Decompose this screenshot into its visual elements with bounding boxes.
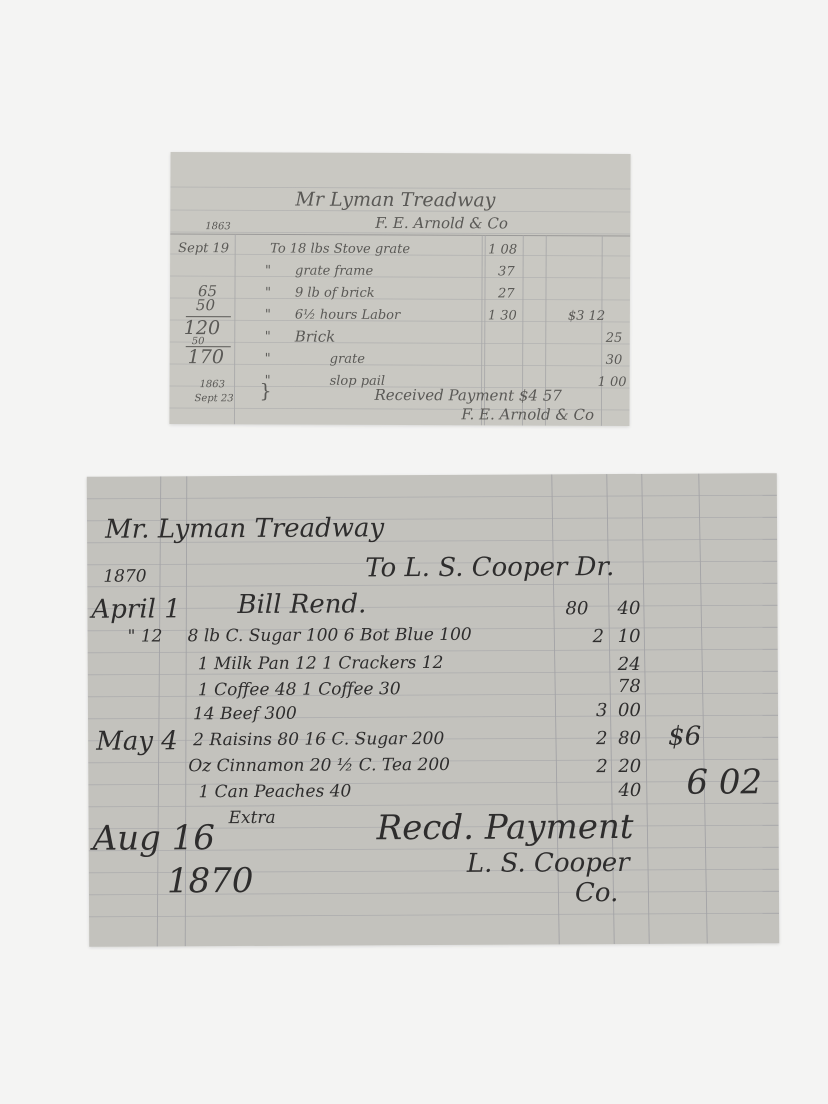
entry-item: Oz Cinnamon 20 ½ C. Tea 200 xyxy=(188,757,450,775)
entry-amount: 27 xyxy=(498,287,515,300)
entry-cents: 24 xyxy=(618,656,641,674)
margin-calc-line: 50 xyxy=(196,298,215,313)
entry-date: " xyxy=(265,264,271,277)
entry-cents: 20 xyxy=(618,758,641,776)
entry-total: 30 xyxy=(606,354,623,367)
signature-suffix: Co. xyxy=(575,880,618,906)
entry-date: " 12 xyxy=(128,628,163,645)
entry-item: 9 lb of brick xyxy=(295,287,375,300)
entry-cents: 40 xyxy=(617,600,640,618)
vendor: To L. S. Cooper Dr. xyxy=(365,554,614,581)
entry-item: Brick xyxy=(295,330,336,345)
entry-amount: 80 xyxy=(565,600,588,618)
entry-total: 25 xyxy=(606,332,623,345)
addressee: Mr Lyman Treadway xyxy=(295,191,495,211)
entry-date: Sept 19 xyxy=(178,242,229,255)
entry-item: 1 Can Peaches 40 xyxy=(198,783,351,801)
margin-calc-line: 170 xyxy=(188,348,224,367)
entry-item: 2 Raisins 80 16 C. Sugar 200 xyxy=(193,731,444,749)
entry-date: May 4 xyxy=(96,728,178,754)
signature: L. S. Cooper xyxy=(467,850,630,877)
entry-item: 6½ hours Labor xyxy=(295,309,400,322)
payment-date: Sept 23 xyxy=(194,394,233,404)
entry-date: " xyxy=(265,352,271,365)
entry-date: " xyxy=(265,286,271,299)
entry-item: Bill Rend. xyxy=(237,591,366,618)
entry-total: $3 12 xyxy=(568,310,605,323)
entry-amount: 1 30 xyxy=(488,309,517,322)
entry-total: 1 00 xyxy=(598,376,627,389)
entry-date: " xyxy=(265,308,271,321)
payment-date: Aug 16 xyxy=(93,821,215,856)
payment-year: 1870 xyxy=(167,864,254,898)
year: 1863 xyxy=(205,222,230,232)
entry-cents: 78 xyxy=(618,678,641,696)
entry-item: grate xyxy=(330,353,365,366)
entry-item: 1 Coffee 48 1 Coffee 30 xyxy=(198,681,401,699)
entry-item: To 18 lbs Stove grate xyxy=(270,242,410,256)
entry-item: 1 Milk Pan 12 1 Crackers 12 xyxy=(198,655,444,673)
signature: F. E. Arnold & Co xyxy=(461,407,594,423)
grand-total: 6 02 xyxy=(686,765,762,799)
entry-date: " xyxy=(265,330,271,343)
entry-cents: 10 xyxy=(618,628,641,646)
payment-date-year: 1863 xyxy=(200,380,225,390)
entry-amount: 3 xyxy=(596,702,608,720)
entry-amount: 2 xyxy=(596,758,608,776)
received-payment-line: Received Payment $4 57 xyxy=(375,388,562,404)
entry-amount: 2 xyxy=(596,730,608,748)
brace: } xyxy=(260,382,272,401)
entry-amount: 2 xyxy=(593,628,605,646)
receipt-cooper: Mr. Lyman Treadway 1870 To L. S. Cooper … xyxy=(87,473,779,947)
vendor: F. E. Arnold & Co xyxy=(375,216,508,232)
entry-item: 14 Beef 300 xyxy=(193,706,297,724)
entry-item: grate frame xyxy=(295,265,373,278)
entry-cents: 40 xyxy=(618,782,641,800)
entry-amount: 1 08 xyxy=(488,243,517,256)
entry-cents: 80 xyxy=(618,730,641,748)
total-marker: $6 xyxy=(668,724,701,750)
entry-date: April 1 xyxy=(91,596,180,622)
receipt-arnold: Mr Lyman Treadway 1863 F. E. Arnold & Co… xyxy=(169,152,630,426)
entry-item: 8 lb C. Sugar 100 6 Bot Blue 100 xyxy=(188,627,472,645)
entry-cents: 00 xyxy=(618,702,641,720)
year: 1870 xyxy=(103,568,146,585)
addressee: Mr. Lyman Treadway xyxy=(105,515,384,542)
extra-note: Extra xyxy=(229,810,276,827)
received-payment-line: Recd. Payment xyxy=(377,810,634,845)
entry-amount: 37 xyxy=(498,265,515,278)
